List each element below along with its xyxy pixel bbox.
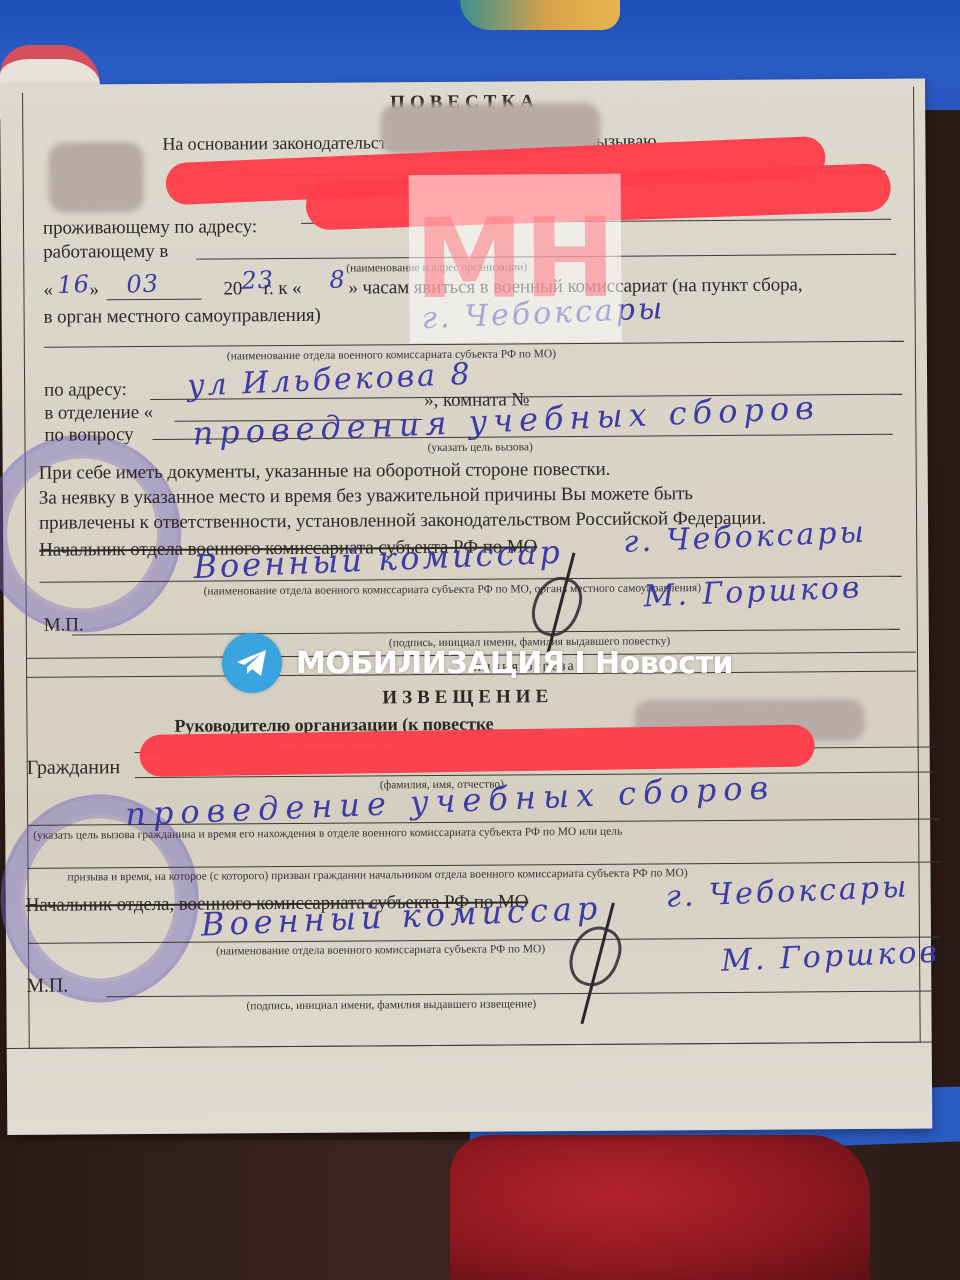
docs-note: При себе иметь документы, указанные на о… <box>39 459 611 485</box>
date-quote-close: » <box>89 279 99 301</box>
telegram-plane-icon <box>222 633 282 693</box>
watermark-mh: МН <box>409 174 622 343</box>
redaction-blur-left <box>48 142 143 213</box>
caption-purpose: (указать цель вызова) <box>428 441 533 454</box>
stamp-label: М.П. <box>44 614 84 636</box>
address-label: по адресу: <box>44 379 127 402</box>
date-hour: 8 <box>329 265 346 294</box>
channel-watermark: МОБИЛИЗАЦИЯ I Новости <box>222 633 733 693</box>
notice-caption-chief: (наименование отдела военного комиссариа… <box>216 943 545 957</box>
question-label: по вопросу <box>44 424 133 447</box>
warning-line-1: За неявку в указанное место и время без … <box>39 483 693 510</box>
department-label: в отделение « <box>44 402 153 425</box>
citizen-label: Гражданин <box>27 756 120 780</box>
working-label: работающему в <box>43 241 168 264</box>
date-year-prefix: 20 <box>223 278 242 300</box>
living-label: проживающему по адресу: <box>43 216 257 239</box>
red-cloth <box>450 1135 870 1280</box>
local-gov-label: в орган местного самоуправления) <box>44 305 321 329</box>
date-day: 16 <box>57 270 91 299</box>
sticker-top <box>460 0 620 30</box>
summons-paper: ПОВЕСТКА На основании законодательства Р… <box>0 79 932 1135</box>
channel-name: МОБИЛИЗАЦИЯ I Новости <box>296 646 733 681</box>
notice-stamp-label: М.П. <box>26 975 68 998</box>
date-quote-open: « <box>43 280 53 302</box>
date-month: 03 <box>126 269 160 298</box>
date-text-year: г. к « <box>263 278 301 300</box>
notice-caption-signature: (подпись, инициал имени, фамилия выдавше… <box>246 998 536 1012</box>
